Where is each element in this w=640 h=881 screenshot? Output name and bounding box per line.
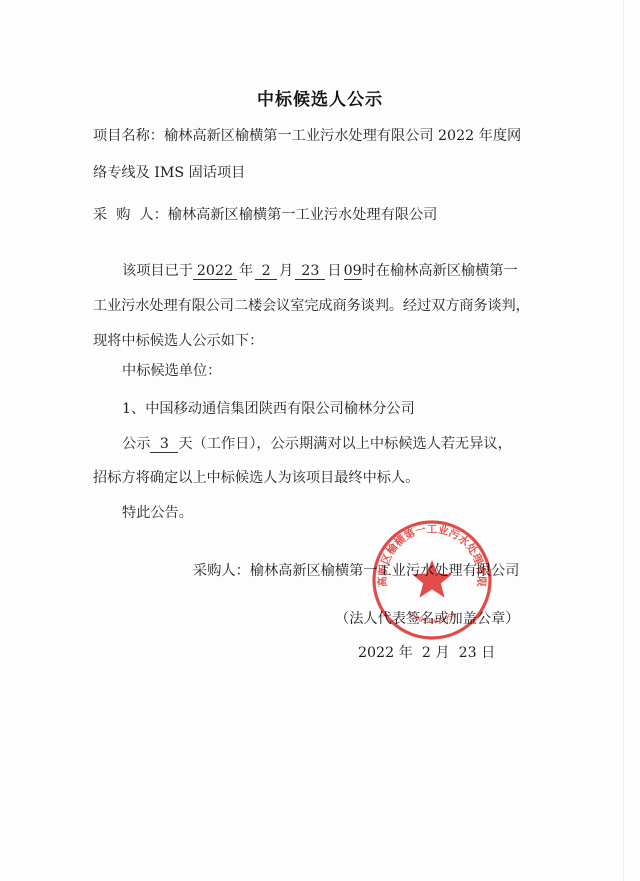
notice-line1: 公示3天（工作日），公示期满对以上中标候选人若无异议， (122, 435, 512, 453)
field-day: 23 (295, 264, 325, 280)
notice-prefix: 公示 (122, 436, 150, 452)
field-year: 2022 (193, 264, 237, 280)
candidate-item: 1、中国移动通信集团陕西有限公司榆林分公司 (122, 400, 415, 418)
scan-edge-line (623, 0, 624, 881)
project-name-line1: 项目名称：榆林高新区榆横第一工业污水处理有限公司 2022 年度网 (93, 127, 521, 145)
closing-text: 特此公告。 (122, 504, 193, 522)
project-name-part1: 榆林高新区榆横第一工业污水处理有限公司 2022 年度网 (164, 128, 521, 144)
signature-date: 2022 年 2 月 23 日 (358, 644, 495, 662)
star-icon (412, 560, 452, 598)
paragraph-line1: 该项目已于2022年2月23日09时在榆林高新区榆横第一 (122, 262, 518, 280)
project-name-line2: 络专线及 IMS 固话项目 (93, 164, 245, 182)
field-hour: 09 (344, 264, 362, 280)
field-days: 3 (150, 437, 178, 453)
field-month: 2 (255, 264, 277, 280)
signature-label: 采购人： (193, 563, 250, 579)
purchaser-label: 采 购 人： (93, 207, 168, 223)
notice-line1-suffix: 天（工作日），公示期满对以上中标候选人若无异议， (178, 436, 511, 452)
svg-text:6108990010959: 6108990010959 (407, 611, 457, 626)
notice-line2: 招标方将确定以上中标候选人为该项目最终中标人。 (93, 469, 419, 487)
day-unit: 日 (327, 263, 341, 279)
project-label: 项目名称： (93, 128, 164, 144)
official-seal-stamp: 榆林高新区榆横第一工业污水处理有限公司 6108990010959 (370, 518, 494, 642)
purchaser-name: 榆林高新区榆横第一工业污水处理有限公司 (168, 207, 438, 223)
purchaser-line: 采 购 人：榆林高新区榆横第一工业污水处理有限公司 (93, 206, 437, 224)
paragraph-prefix: 该项目已于 (122, 263, 193, 279)
paragraph-line3: 现将中标候选人公示如下： (93, 332, 263, 350)
document-title: 中标候选人公示 (0, 85, 640, 110)
stamp-code: 6108990010959 (407, 611, 457, 626)
month-unit: 月 (279, 263, 293, 279)
year-unit: 年 (239, 263, 253, 279)
paragraph-line2: 工业污水处理有限公司二楼会议室完成商务谈判。经过双方商务谈判， (93, 297, 530, 315)
document-page: 中标候选人公示 项目名称：榆林高新区榆横第一工业污水处理有限公司 2022 年度… (0, 0, 640, 881)
candidate-heading: 中标候选单位： (122, 362, 221, 380)
paragraph-line1-suffix: 时在榆林高新区榆横第一 (362, 263, 518, 279)
